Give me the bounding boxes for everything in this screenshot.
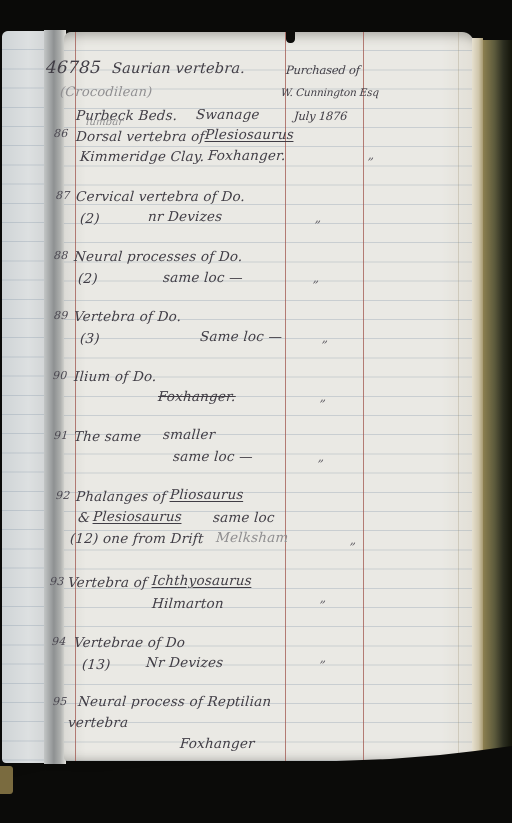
locality: same loc — <box>172 449 253 465</box>
locality: nr Devizes <box>147 209 222 225</box>
ditto-mark: „ <box>368 148 375 162</box>
ditto-mark: „ <box>320 390 327 404</box>
entry-number: 91 <box>54 429 69 442</box>
acquisition-line: W. Cunnington Esq <box>281 87 380 99</box>
description: smaller <box>162 427 215 443</box>
stratum: Kimmeridge Clay. <box>79 149 204 165</box>
ditto-mark: „ <box>320 591 327 605</box>
locality-struck: Foxhanger. <box>157 389 236 405</box>
locality: Same loc — <box>199 329 282 345</box>
count: (2) <box>79 211 100 227</box>
pencil-annotation: Melksham <box>215 530 289 546</box>
locality: Swanage <box>195 107 260 123</box>
acquisition-date: July 1876 <box>294 109 348 123</box>
pencil-annotation: (Crocodilean) <box>59 85 152 100</box>
description: Phalanges of <box>75 489 166 505</box>
ditto-mark: „ <box>320 651 327 665</box>
entry-number: 92 <box>56 489 71 502</box>
text-layer: 46785Saurian vertebra.(Crocodilean)Purbe… <box>0 0 512 823</box>
pencil-annotation: lumbar <box>86 117 124 128</box>
bottom-left-cover-corner <box>0 766 13 794</box>
entry-number: 95 <box>53 695 68 708</box>
entry-number: 88 <box>54 249 69 262</box>
locality: Foxhanger <box>179 736 255 752</box>
entry-number: 90 <box>53 369 68 382</box>
locality: Foxhanger. <box>207 148 286 164</box>
count-note: (12) one from Drift <box>69 531 204 547</box>
catalog-number: 46785 <box>45 58 101 78</box>
entry-number: 93 <box>50 575 65 588</box>
description: Neural process of Reptilian <box>77 694 271 710</box>
acquisition-line: Purchased of <box>286 63 361 77</box>
ditto-mark: „ <box>313 271 320 285</box>
description: The same <box>73 429 141 445</box>
count: (2) <box>77 271 98 287</box>
description: vertebra <box>67 715 128 731</box>
description: Vertebra of Do. <box>73 309 181 325</box>
description: Ilium of Do. <box>73 369 157 385</box>
locality: same loc — <box>162 270 243 286</box>
entry-number: 89 <box>54 309 69 322</box>
locality: Hilmarton <box>151 596 224 612</box>
ditto-mark: „ <box>350 533 357 547</box>
entry-number: 94 <box>52 635 67 648</box>
ditto-mark: „ <box>315 211 322 225</box>
specimen-title: Saurian vertebra. <box>111 61 245 77</box>
description: Neural processes of Do. <box>73 249 243 265</box>
taxon-name: Plesiosaurus <box>204 127 294 143</box>
description: & <box>77 510 90 526</box>
description: Cervical vertebra of Do. <box>75 189 245 205</box>
locality: Nr Devizes <box>145 655 223 671</box>
entry-number: 86 <box>54 127 69 140</box>
ditto-mark: „ <box>318 450 325 464</box>
description: Vertebra of <box>67 575 147 591</box>
description: Dorsal vertebra of <box>75 129 205 145</box>
count: (3) <box>79 331 100 347</box>
count: (13) <box>81 657 111 673</box>
description: Vertebrae of Do <box>73 635 185 651</box>
taxon-name: Pliosaurus <box>169 487 244 503</box>
locality: same loc <box>212 510 275 526</box>
taxon-name: Ichthyosaurus <box>151 573 252 589</box>
ledger-scan: 46785Saurian vertebra.(Crocodilean)Purbe… <box>0 0 512 823</box>
entry-number: 87 <box>56 189 71 202</box>
ditto-mark: „ <box>322 331 329 345</box>
taxon-name: Plesiosaurus <box>92 509 182 525</box>
